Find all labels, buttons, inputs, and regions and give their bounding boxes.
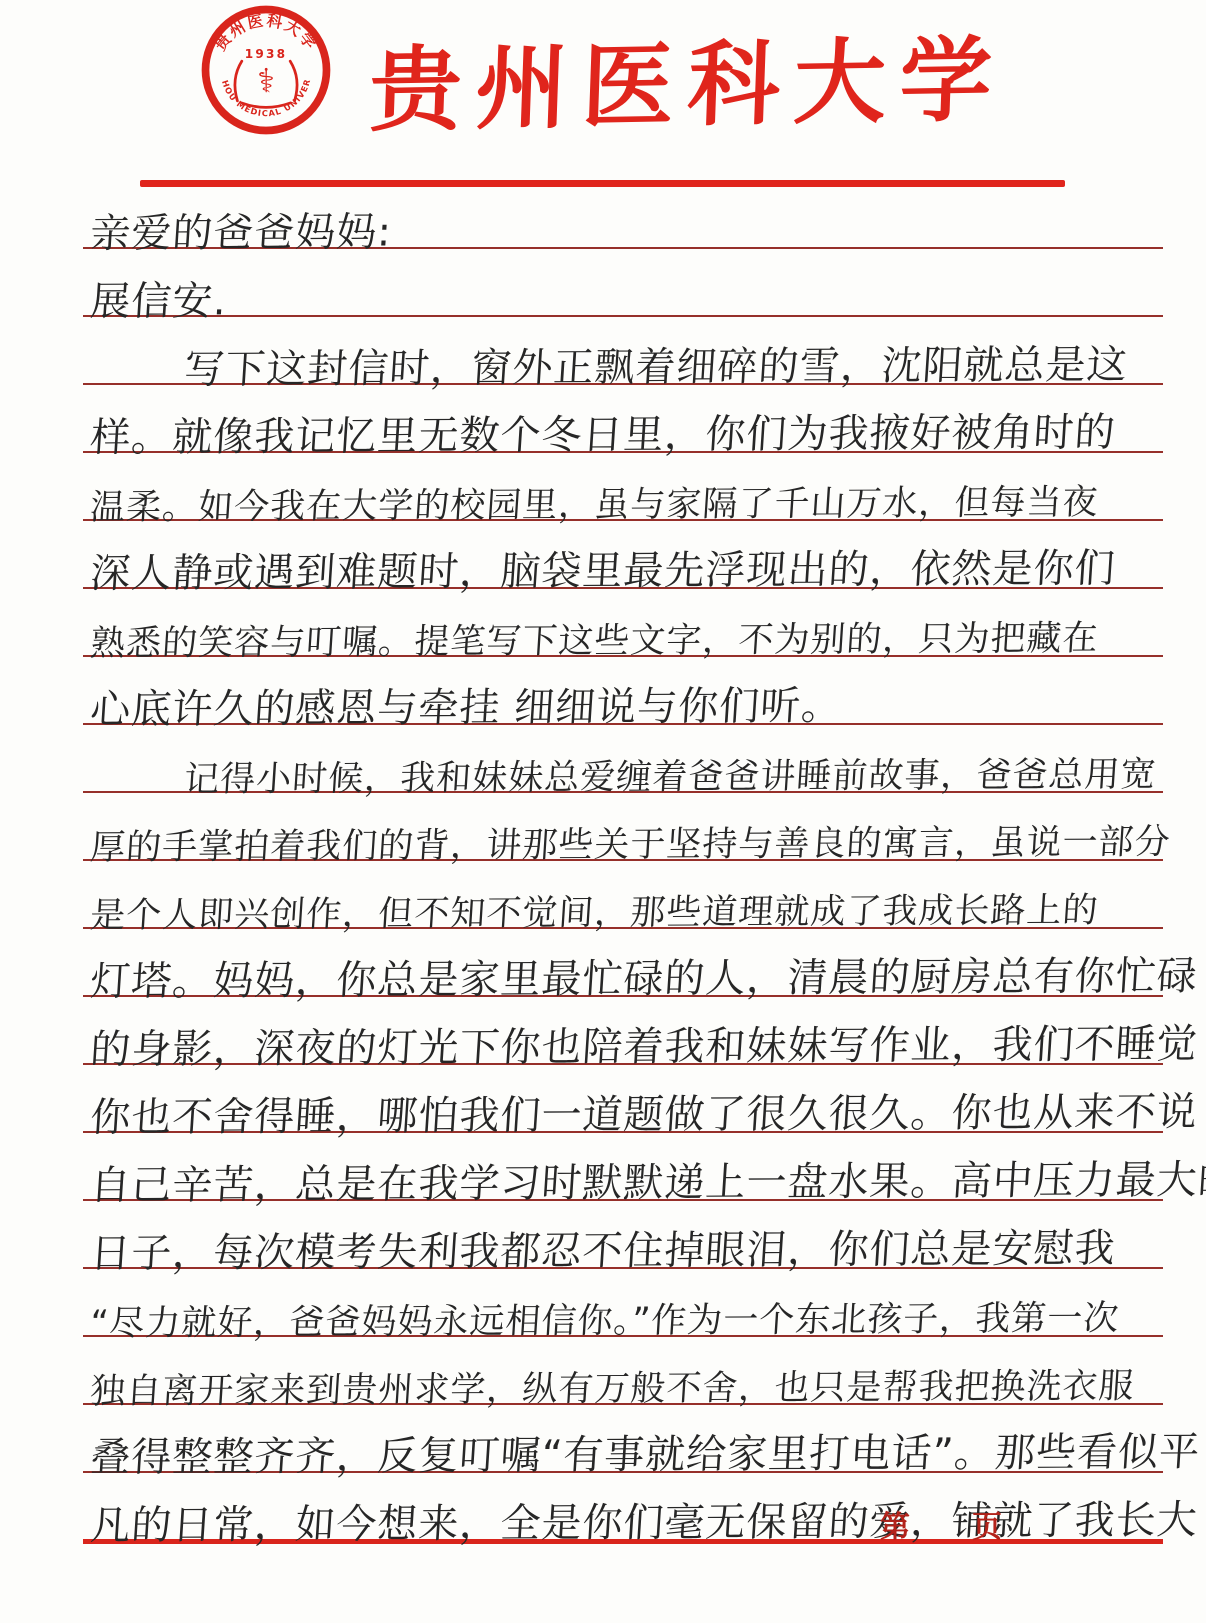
page-prefix: 第 (880, 1502, 910, 1546)
university-seal: 贵州医科大学 1938 ⚕ GUIZHOU MEDICAL UNIVERSITY (200, 4, 332, 136)
letter-line: 你也不舍得睡，哪怕我们一道题做了很久很久。你也从来不说 (83, 1065, 1163, 1133)
letter-line: 样。就像我记忆里无数个冬日里，你们为我掖好被角时的 (83, 385, 1163, 453)
letter-line: 自己辛苦，总是在我学习时默默递上一盘水果。高中压力最大的 (83, 1133, 1163, 1201)
letter-line: 的身影，深夜的灯光下你也陪着我和妹妹写作业，我们不睡觉 (83, 997, 1163, 1065)
letter-line: 写下这封信时，窗外正飘着细碎的雪，沈阳就总是这 (83, 317, 1163, 385)
page-suffix: 页 (972, 1502, 1002, 1546)
seal-year: 1938 (245, 47, 287, 61)
letter-line: 叠得整整齐齐，反复叮嘱“有事就给家里打电话”。那些看似平 (83, 1405, 1163, 1473)
letter-line: 温柔。如今我在大学的校园里，虽与家隔了千山万水，但每当夜 (83, 453, 1163, 521)
letter-line: 是个人即兴创作，但不知不觉间，那些道理就成了我成长路上的 (83, 861, 1163, 929)
letter-body: 亲爱的爸爸妈妈: 展信安. 写下这封信时，窗外正飘着细碎的雪，沈阳就总是这 样。… (83, 181, 1163, 1544)
letter-line: 厚的手掌拍着我们的背，讲那些关于坚持与善良的寓言，虽说一部分 (83, 793, 1163, 861)
letter-line: “尽力就好，爸爸妈妈永远相信你。”作为一个东北孩子，我第一次 (83, 1269, 1163, 1337)
letter-line: 深人静或遇到难题时，脑袋里最先浮现出的，依然是你们 (83, 521, 1163, 589)
letter-line: 展信安. (83, 249, 1163, 317)
letter-line: 灯塔。妈妈，你总是家里最忙碌的人，清晨的厨房总有你忙碌 (83, 929, 1163, 997)
letter-line: 亲爱的爸爸妈妈: (83, 181, 1163, 249)
letter-page: 贵州医科大学 1938 ⚕ GUIZHOU MEDICAL UNIVERSITY… (0, 0, 1206, 1623)
university-title: 贵州医科大学 (376, 3, 1001, 154)
letter-line: 熟悉的笑容与叮嘱。提笔写下这些文字，不为别的，只为把藏在 (83, 589, 1163, 657)
letter-line: 记得小时候，我和妹妹总爱缠着爸爸讲睡前故事，爸爸总用宽 (83, 725, 1163, 793)
letter-line: 独自离开家来到贵州求学，纵有万般不舍，也只是帮我把换洗衣服 (83, 1337, 1163, 1405)
page-number-label: 第 页 (880, 1502, 1002, 1546)
letter-line: 日子，每次模考失利我都忍不住掉眼泪，你们总是安慰我 (83, 1201, 1163, 1269)
caduceus-icon: ⚕ (257, 61, 275, 100)
letter-line: 心底许久的感恩与牵挂 细细说与你们听。 (83, 657, 1163, 725)
